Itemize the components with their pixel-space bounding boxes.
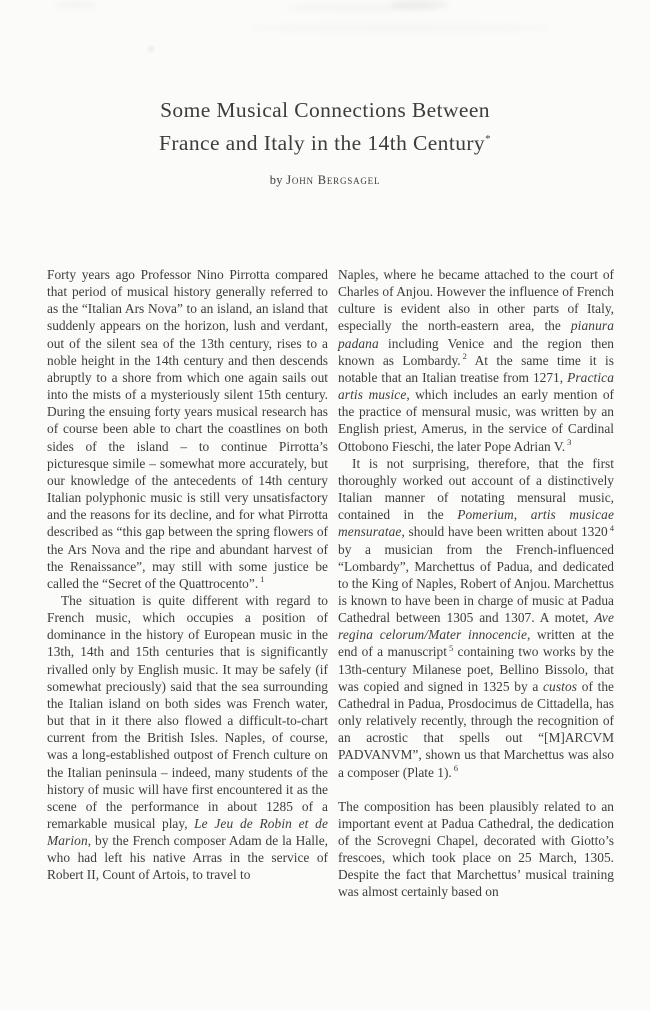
paragraph: It is not surprising, therefore, that th… xyxy=(338,455,614,781)
text-run: , should have been written about 1320 xyxy=(401,524,607,539)
scanned-article-page: Some Musical Connections BetweenFrance a… xyxy=(0,0,650,1011)
text-run: The situation is quite different with re… xyxy=(47,593,328,831)
title-line-2: France and Italy in the 14th Century xyxy=(159,131,485,155)
title-line-1: Some Musical Connections Between xyxy=(160,98,490,122)
page-title: Some Musical Connections BetweenFrance a… xyxy=(0,94,650,160)
paragraph: Forty years ago Professor Nino Pirrotta … xyxy=(47,266,328,592)
left-column: Forty years ago Professor Nino Pirrotta … xyxy=(47,266,328,901)
footnote-marker: 6 xyxy=(454,763,458,773)
scan-smudge xyxy=(250,24,550,32)
scan-smudge xyxy=(55,2,97,8)
paragraph: The composition has been plausibly relat… xyxy=(338,798,614,901)
text-run: Forty years ago Professor Nino Pirrotta … xyxy=(47,267,328,591)
text-run: The composition has been plausibly relat… xyxy=(338,799,614,900)
scan-smudge xyxy=(390,0,448,9)
scan-smudge xyxy=(285,4,435,11)
footnote-marker: 3 xyxy=(567,437,571,447)
author-name: John Bergsagel xyxy=(286,173,380,187)
title-block: Some Musical Connections BetweenFrance a… xyxy=(0,94,650,188)
italic-text-run: custos xyxy=(543,679,577,694)
title-footnote-marker: * xyxy=(485,133,491,145)
scan-speck xyxy=(148,46,154,52)
paragraph: Naples, where he became attached to the … xyxy=(338,266,614,455)
paragraph: The situation is quite different with re… xyxy=(47,592,328,884)
text-run: by a musician from the French-influenced… xyxy=(338,542,614,626)
two-column-body: Forty years ago Professor Nino Pirrotta … xyxy=(47,266,614,901)
byline-prefix: by xyxy=(270,173,287,187)
byline: by John Bergsagel xyxy=(0,173,650,188)
text-run: , by the French composer Adam de la Hall… xyxy=(47,833,328,882)
right-column: Naples, where he became attached to the … xyxy=(338,266,614,901)
footnote-marker: 4 xyxy=(610,523,614,533)
footnote-marker: 1 xyxy=(260,574,264,584)
